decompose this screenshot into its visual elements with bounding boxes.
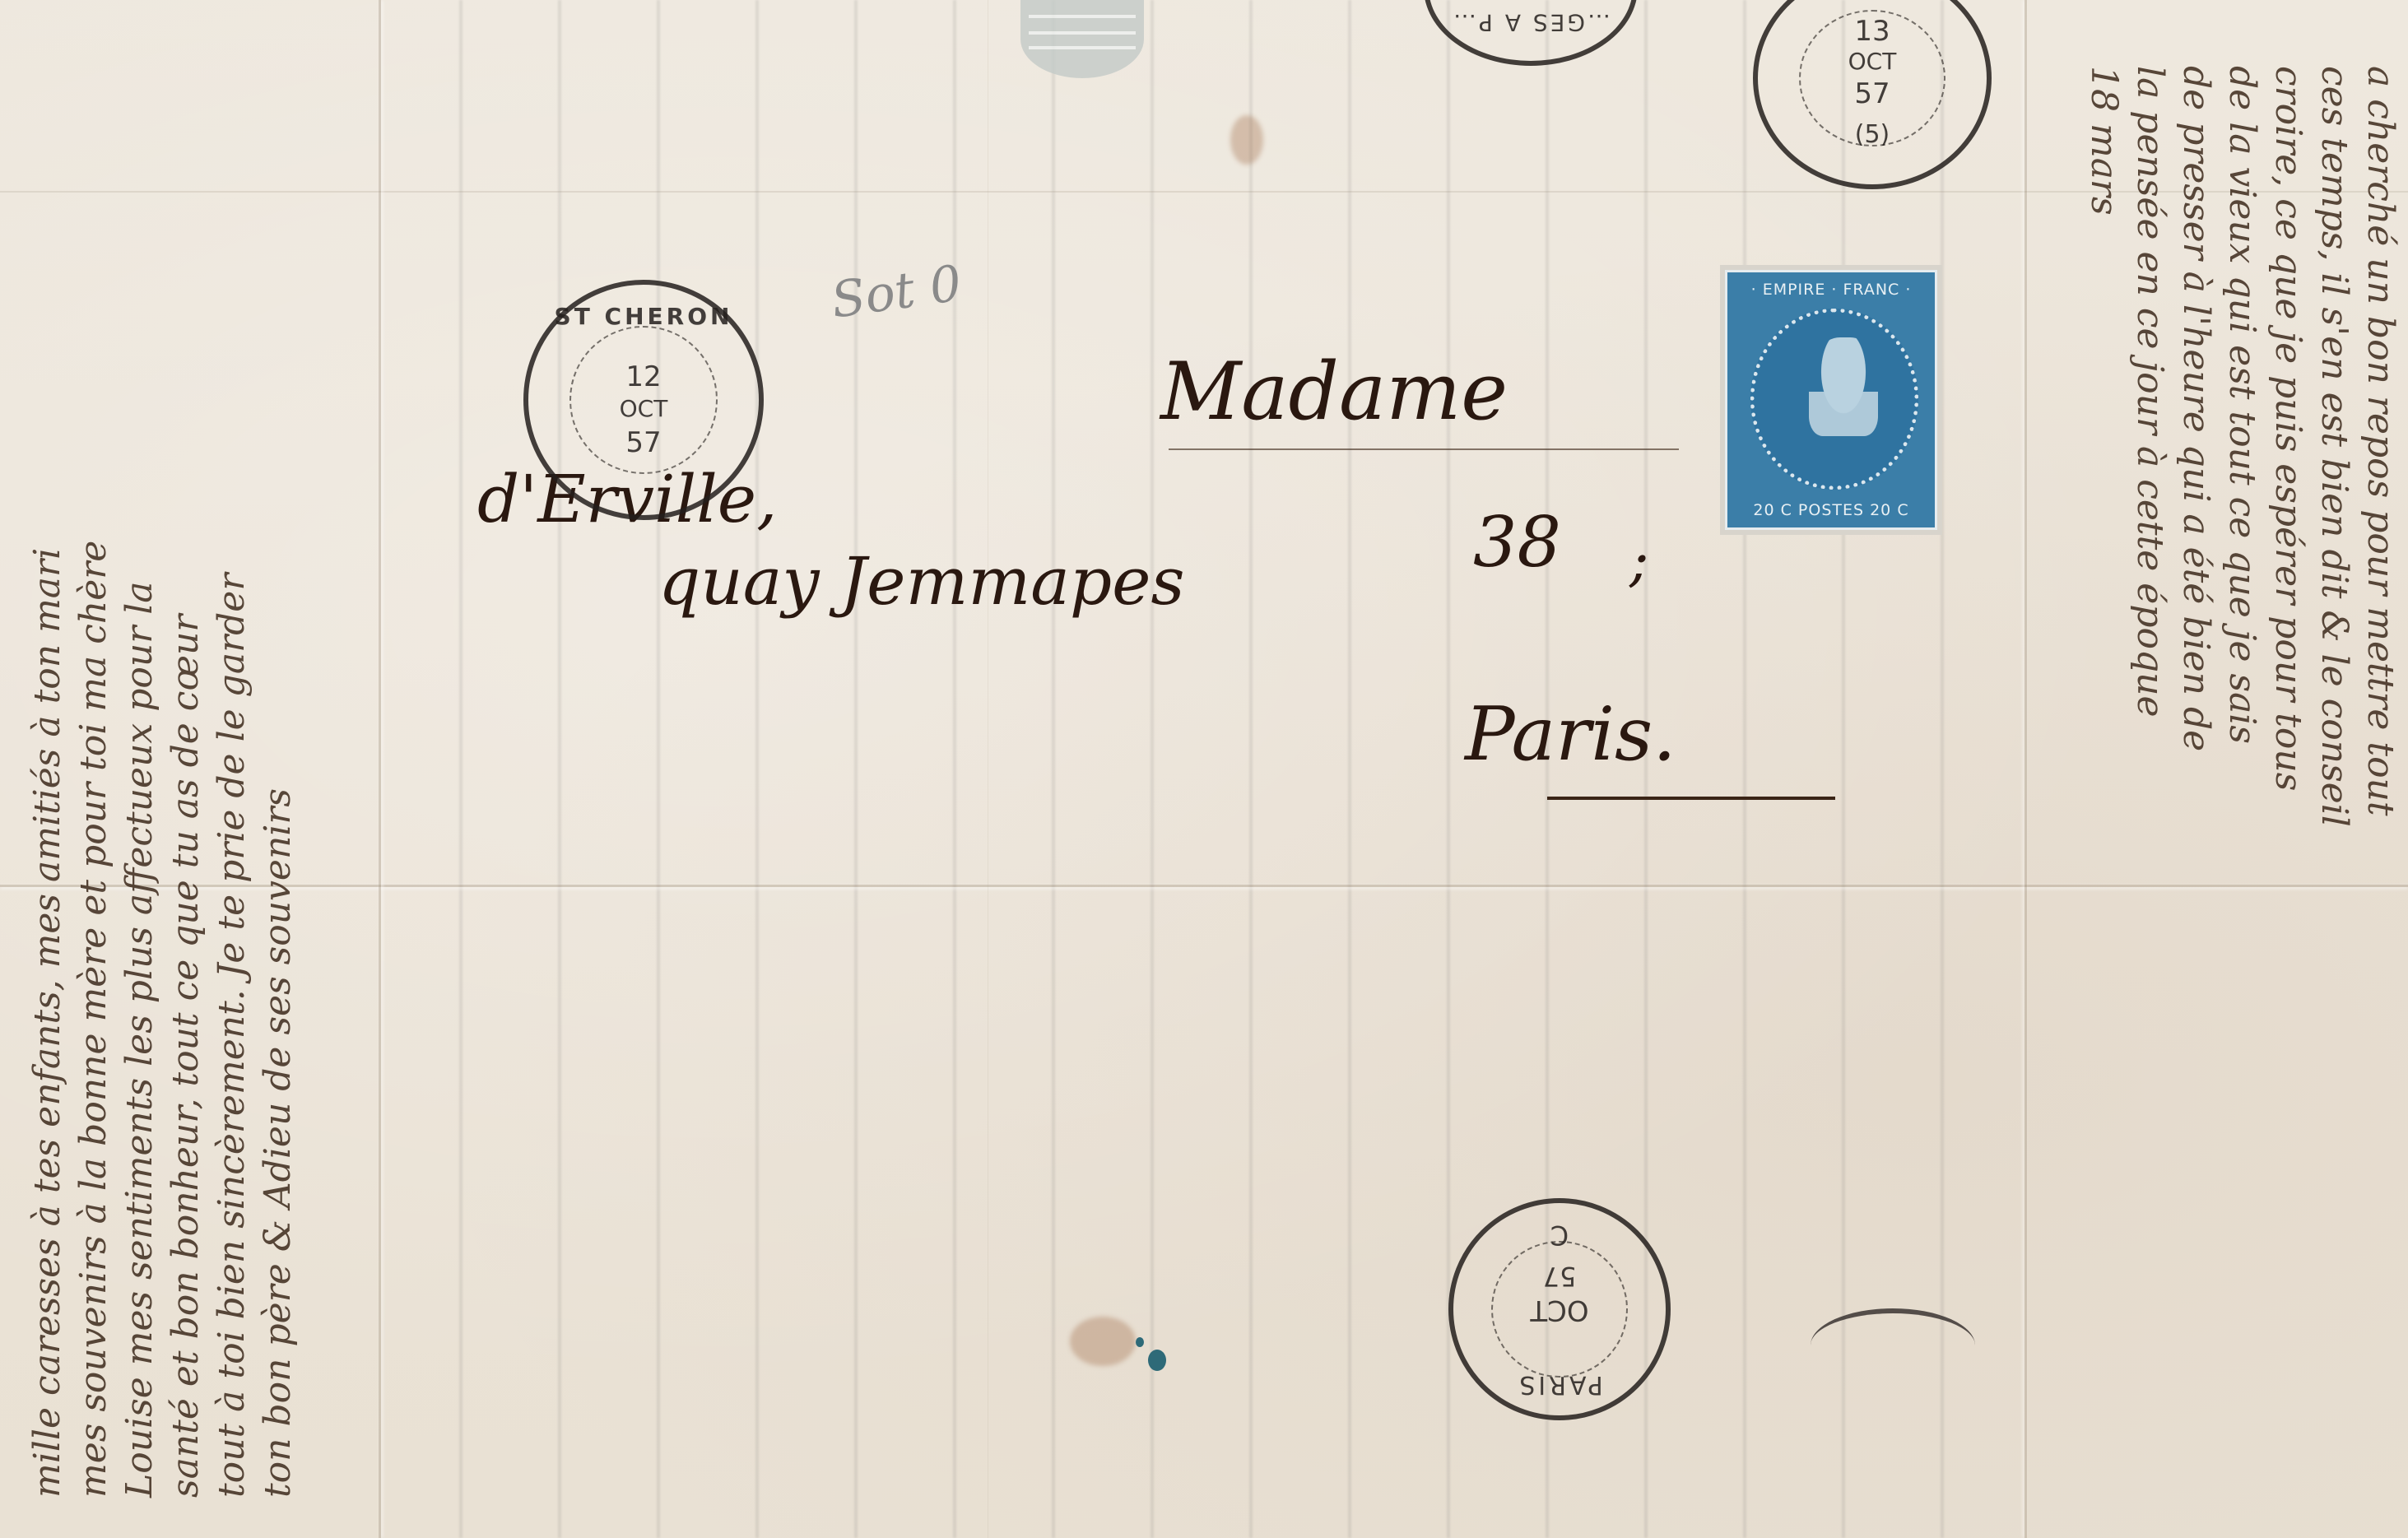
ink-stain bbox=[1136, 1337, 1144, 1347]
address-separator: ; bbox=[1629, 527, 1649, 594]
salutation-flourish bbox=[1169, 448, 1679, 450]
margin-line: tout à toi bien sincèrement. Je te prie … bbox=[209, 214, 255, 1498]
city-underline bbox=[1547, 797, 1835, 800]
origin-postmark: ST CHERON 12 OCT 57 bbox=[523, 280, 764, 520]
margin-line: ton bon père & Adieu de ses souvenirs bbox=[255, 214, 301, 1498]
postmark-office: C bbox=[1453, 1220, 1666, 1251]
ink-stain bbox=[1148, 1350, 1166, 1371]
stamp-medallion bbox=[1750, 309, 1918, 490]
postmark-day: 13 bbox=[1758, 15, 1987, 48]
stamp-top-legend: · EMPIRE · FRANC · bbox=[1727, 276, 1935, 304]
postmark-month: OCT bbox=[1758, 48, 1987, 75]
left-margin-text: mille caresses à tes enfants, mes amitié… bbox=[25, 214, 370, 1498]
address-city: Paris. bbox=[1465, 691, 1676, 778]
left-fold-line bbox=[379, 0, 381, 1538]
margin-line: de presser à l'heure qui a été bien de bbox=[2173, 66, 2219, 1465]
margin-line: mille caresses à tes enfants, mes amitié… bbox=[25, 214, 71, 1498]
margin-line: ces temps, il s'en est bien dit & le con… bbox=[2311, 66, 2357, 1465]
postmark-town: ST CHERON bbox=[528, 303, 759, 330]
postmark-year: 57 bbox=[1453, 1261, 1666, 1292]
postmark-month: OCT bbox=[1453, 1294, 1666, 1327]
address-salutation: Madame bbox=[1160, 346, 1508, 438]
right-margin-text: a cherché un bon repos pour mettre tout … bbox=[2057, 66, 2403, 1465]
upper-fold-line bbox=[0, 191, 2408, 193]
margin-line: la pensée en ce jour à cette époque bbox=[2127, 66, 2173, 1465]
rust-stain bbox=[1070, 1317, 1136, 1366]
postmark-month: OCT bbox=[528, 395, 759, 422]
center-crease bbox=[988, 0, 988, 1538]
margin-line: a cherché un bon repos pour mettre tout bbox=[2357, 66, 2403, 1465]
address-street: quay Jemmapes bbox=[658, 543, 1185, 620]
postmark-day: 12 bbox=[528, 360, 759, 393]
margin-line: mes souvenirs à la bonne mère et pour to… bbox=[71, 214, 117, 1498]
postage-stamp: · EMPIRE · FRANC · 20 C POSTES 20 C bbox=[1720, 265, 1942, 535]
letter-sheet: mille caresses à tes enfants, mes amitié… bbox=[0, 0, 2408, 1538]
margin-line: de la vieux qui est tout ce que je sais bbox=[2219, 66, 2265, 1465]
postmark-year: 57 bbox=[1758, 77, 1987, 110]
address-number: 38 bbox=[1473, 502, 1561, 583]
margin-line: 18 mars bbox=[2080, 66, 2127, 1465]
rust-stain bbox=[1230, 115, 1263, 165]
stamp-bottom-legend: 20 C POSTES 20 C bbox=[1727, 496, 1935, 524]
arrival-postmark: PARIS OCT 57 C bbox=[1448, 1198, 1671, 1420]
profile-head-icon bbox=[1809, 337, 1878, 436]
margin-line: Louise mes sentiments les plus affectueu… bbox=[117, 214, 163, 1498]
margin-line: santé et bon bonheur, tout ce que tu as … bbox=[163, 214, 209, 1498]
partial-postmark bbox=[1811, 1308, 1975, 1382]
seal-remnant bbox=[1020, 0, 1144, 78]
postmark-town: PARIS bbox=[1453, 1370, 1666, 1399]
postmark-text: …GES A P… bbox=[1429, 9, 1633, 36]
postmark-number: (5) bbox=[1758, 120, 1987, 149]
right-fold-line bbox=[2024, 0, 2027, 1538]
margin-line: croire, ce que je puis espérer pour tous bbox=[2265, 66, 2311, 1465]
postmark-year: 57 bbox=[528, 426, 759, 459]
show-through-writing bbox=[387, 0, 2016, 1538]
